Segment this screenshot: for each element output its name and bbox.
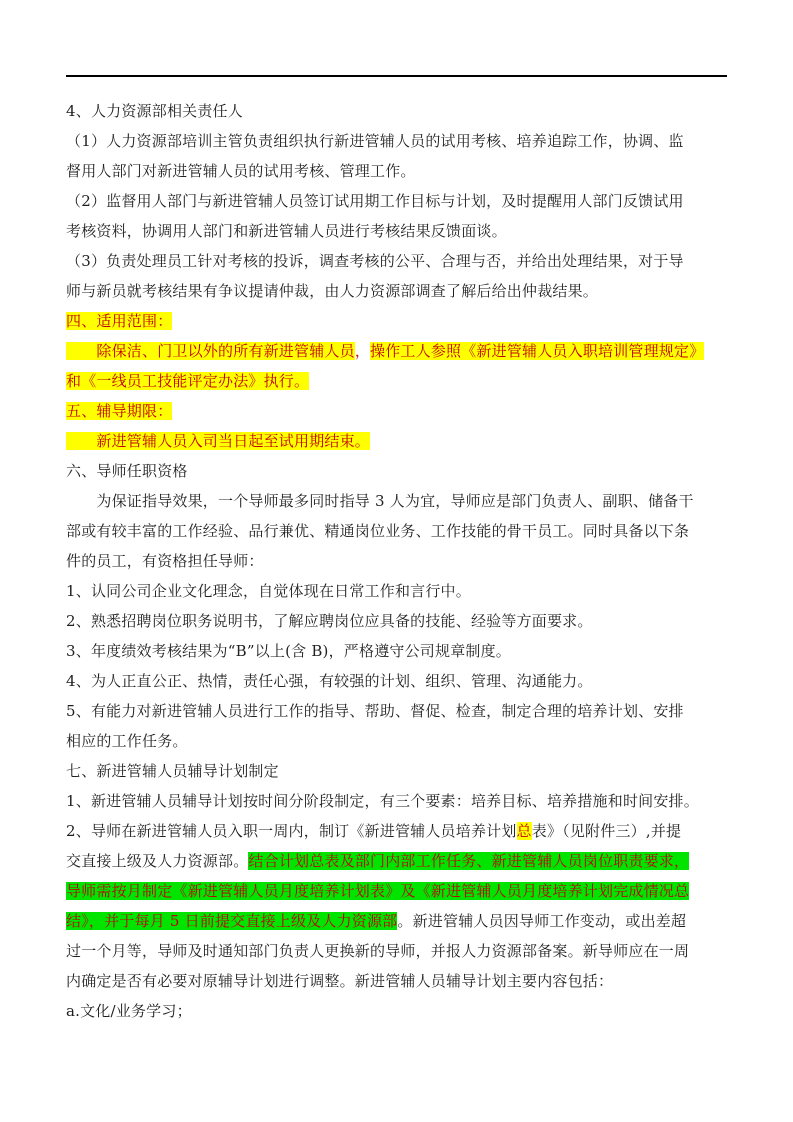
text-line: 七、新进管辅人员辅导计划制定 [66,756,731,786]
text-line: 1、新进管辅人员辅导计划按时间分阶段制定，有三个要素：培养目标、培养措施和时间安… [66,786,731,816]
text-segment: 2、熟悉招聘岗位职务说明书，了解应聘岗位应具备的技能、经验等方面要求。 [66,612,593,630]
text-line: 四、适用范围： [66,306,731,336]
text-line: 3、年度绩效考核结果为“B”以上(含 B)，严格遵守公司规章制度。 [66,636,731,666]
text-line: （1）人力资源部培训主管负责组织执行新进管辅人员的试用考核、培养追踪工作，协调、… [66,126,731,156]
text-segment: 4、人力资源部相关责任人 [66,102,243,120]
text-segment: 总 [517,822,532,840]
text-segment: 除保洁、门卫以外的所有新进管辅人员 [66,342,355,360]
text-segment: ， [355,342,370,360]
text-segment: （1）人力资源部培训主管负责组织执行新进管辅人员的试用考核、培养追踪工作，协调、… [66,132,684,150]
text-segment: 表》（见附件三）,并提 [532,822,681,840]
text-segment: 相应的工作任务。 [66,732,188,750]
text-segment: （3）负责处理员工针对考核的投诉，调查考核的公平、合理与否，并给出处理结果，对于… [66,252,684,270]
text-line: 过一个月等，导师及时通知部门负责人更换新的导师，并报人力资源部备案。新导师应在一… [66,936,731,966]
text-line: a.文化/业务学习； [66,996,731,1026]
text-line: 结》，并于每月 5 日前提交直接上级及人力资源部。新进管辅人员因导师工作变动，或… [66,906,731,936]
text-line: 五、辅导期限： [66,396,731,426]
text-line: 相应的工作任务。 [66,726,731,756]
text-segment: 1、新进管辅人员辅导计划按时间分阶段制定，有三个要素：培养目标、培养措施和时间安… [66,792,699,810]
text-segment: 交直接上级及人力资源部。 [66,852,248,870]
text-segment: 四、适用范围： [66,312,172,330]
text-segment: 件的员工，有资格担任导师： [66,552,264,570]
text-segment: 操作工人参照《新进管辅人员入职培训管理规定》 [370,342,704,360]
text-segment: 六、导师任职资格 [66,462,188,480]
text-segment: 和《一线员工技能评定办法》执行。 [66,372,309,390]
text-segment: 导师需按月制定《新进管辅人员月度培养计划表》及《新进管辅人员月度培养计划完成情况… [66,882,689,900]
text-line: （2）监督用人部门与新进管辅人员签订试用期工作目标与计划，及时提醒用人部门反馈试… [66,186,731,216]
text-segment: 内确定是否有必要对原辅导计划进行调整。新进管辅人员辅导计划主要内容包括： [66,972,613,990]
text-line: 内确定是否有必要对原辅导计划进行调整。新进管辅人员辅导计划主要内容包括： [66,966,731,996]
text-segment: 。新进管辅人员因导师工作变动，或出差超 [397,912,686,930]
document-page: 4、人力资源部相关责任人（1）人力资源部培训主管负责组织执行新进管辅人员的试用考… [0,0,793,1122]
text-line: 4、人力资源部相关责任人 [66,96,731,126]
text-segment: 过一个月等，导师及时通知部门负责人更换新的导师，并报人力资源部备案。新导师应在一… [66,942,689,960]
text-line: （3）负责处理员工针对考核的投诉，调查考核的公平、合理与否，并给出处理结果，对于… [66,246,731,276]
text-segment: 4、为人正直公正、热情，责任心强，有较强的计划、组织、管理、沟通能力。 [66,672,593,690]
text-line: 5、有能力对新进管辅人员进行工作的指导、帮助、督促、检查，制定合理的培养计划、安… [66,696,731,726]
text-line: 和《一线员工技能评定办法》执行。 [66,366,731,396]
text-line: 为保证指导效果，一个导师最多同时指导 3 人为宜，导师应是部门负责人、副职、储备… [66,486,731,516]
header-rule [66,75,727,77]
text-segment: 考核资料，协调用人部门和新进管辅人员进行考核结果反馈面谈。 [66,222,507,240]
text-segment: 师与新员就考核结果有争议提请仲裁，由人力资源部调查了解后给出仲裁结果。 [66,282,598,300]
text-segment: 结合计划总表及部门内部工作任务、新进管辅人员岗位职责要求， [248,852,689,870]
text-line: 4、为人正直公正、热情，责任心强，有较强的计划、组织、管理、沟通能力。 [66,666,731,696]
text-line: 2、熟悉招聘岗位职务说明书，了解应聘岗位应具备的技能、经验等方面要求。 [66,606,731,636]
text-line: 部或有较丰富的工作经验、品行兼优、精通岗位业务、工作技能的骨干员工。同时具备以下… [66,516,731,546]
text-segment: a.文化/业务学习； [66,1002,192,1020]
text-line: 导师需按月制定《新进管辅人员月度培养计划表》及《新进管辅人员月度培养计划完成情况… [66,876,731,906]
text-segment: 七、新进管辅人员辅导计划制定 [66,762,279,780]
text-line: 交直接上级及人力资源部。结合计划总表及部门内部工作任务、新进管辅人员岗位职责要求… [66,846,731,876]
text-segment: 部或有较丰富的工作经验、品行兼优、精通岗位业务、工作技能的骨干员工。同时具备以下… [66,522,689,540]
text-segment: 五、辅导期限： [66,402,172,420]
text-line: 件的员工，有资格担任导师： [66,546,731,576]
text-line: 新进管辅人员入司当日起至试用期结束。 [66,426,731,456]
text-segment: 1、认同公司企业文化理念，自觉体现在日常工作和言行中。 [66,582,471,600]
text-segment: 5、有能力对新进管辅人员进行工作的指导、帮助、督促、检查，制定合理的培养计划、安… [66,702,684,720]
text-line: 六、导师任职资格 [66,456,731,486]
text-line: 考核资料，协调用人部门和新进管辅人员进行考核结果反馈面谈。 [66,216,731,246]
text-segment: 结》，并于每月 5 日前提交直接上级及人力资源部 [66,912,397,930]
text-line: 1、认同公司企业文化理念，自觉体现在日常工作和言行中。 [66,576,731,606]
text-segment: （2）监督用人部门与新进管辅人员签订试用期工作目标与计划，及时提醒用人部门反馈试… [66,192,684,210]
text-segment: 2、导师在新进管辅人员入职一周内，制订《新进管辅人员培养计划 [66,822,517,840]
text-segment: 新进管辅人员入司当日起至试用期结束。 [66,432,370,450]
text-line: 除保洁、门卫以外的所有新进管辅人员，操作工人参照《新进管辅人员入职培训管理规定》 [66,336,731,366]
text-segment: 督用人部门对新进管辅人员的试用考核、管理工作。 [66,162,416,180]
text-line: 师与新员就考核结果有争议提请仲裁，由人力资源部调查了解后给出仲裁结果。 [66,276,731,306]
text-segment: 为保证指导效果，一个导师最多同时指导 3 人为宜，导师应是部门负责人、副职、储备… [66,492,694,510]
document-body: 4、人力资源部相关责任人（1）人力资源部培训主管负责组织执行新进管辅人员的试用考… [66,96,731,1026]
text-line: 2、导师在新进管辅人员入职一周内，制订《新进管辅人员培养计划总表》（见附件三）,… [66,816,731,846]
text-line: 督用人部门对新进管辅人员的试用考核、管理工作。 [66,156,731,186]
text-segment: 3、年度绩效考核结果为“B”以上(含 B)，严格遵守公司规章制度。 [66,642,511,660]
